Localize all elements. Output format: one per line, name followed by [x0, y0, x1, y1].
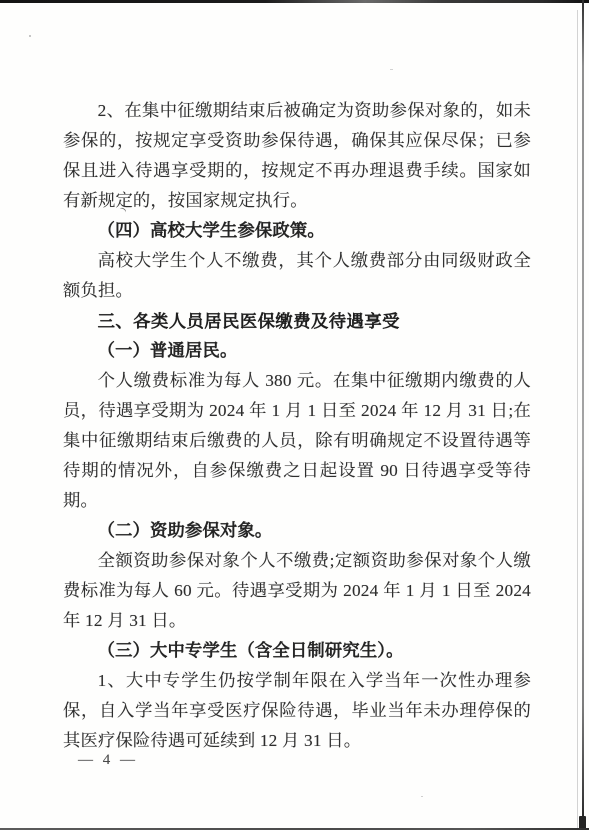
body-paragraph-students: 1、大中专学生仍按学制年限在入学当年一次性办理参保，自入学当年享受医疗保险待遇，… [63, 666, 531, 756]
subsection-heading-3: （三）大中专学生（含全日制研究生）。 [63, 636, 531, 666]
subsection-heading-2: （二）资助参保对象。 [63, 516, 531, 546]
scan-artifact-speck [29, 35, 31, 37]
scan-artifact-right-edge [582, 0, 584, 830]
body-paragraph-ordinary-residents: 个人缴费标准为每人 380 元。在集中征缴期内缴费的人员，待遇享受期为 2024… [63, 366, 531, 516]
page-number: — 4 — [78, 750, 138, 770]
section-heading-3: 三、各类人员居民医保缴费及待遇享受 [63, 306, 531, 336]
body-paragraph-subsidized: 全额资助参保对象个人不缴费;定额资助参保对象个人缴费标准为每人 60 元。待遇享… [63, 546, 531, 636]
body-paragraph-university-students: 高校大学生个人不缴费，其个人缴费部分由同级财政全额负担。 [63, 246, 531, 306]
scan-artifact-top-edge [0, 0, 589, 3]
scanned-document-page: 2、在集中征缴期结束后被确定为资助参保对象的，如未参保的，按规定享受资助参保待遇… [0, 0, 589, 830]
document-body: 2、在集中征缴期结束后被确定为资助参保对象的，如未参保的，按规定享受资助参保待遇… [63, 96, 531, 756]
scan-artifact-speck [390, 69, 393, 70]
scan-artifact-right-edge-faint [577, 10, 578, 830]
subsection-heading-1: （一）普通居民。 [63, 336, 531, 366]
subsection-heading-4: （四）高校大学生参保政策。 [63, 216, 531, 246]
body-paragraph-item-2: 2、在集中征缴期结束后被确定为资助参保对象的，如未参保的，按规定享受资助参保待遇… [63, 96, 531, 216]
scan-artifact-speck [421, 796, 423, 797]
